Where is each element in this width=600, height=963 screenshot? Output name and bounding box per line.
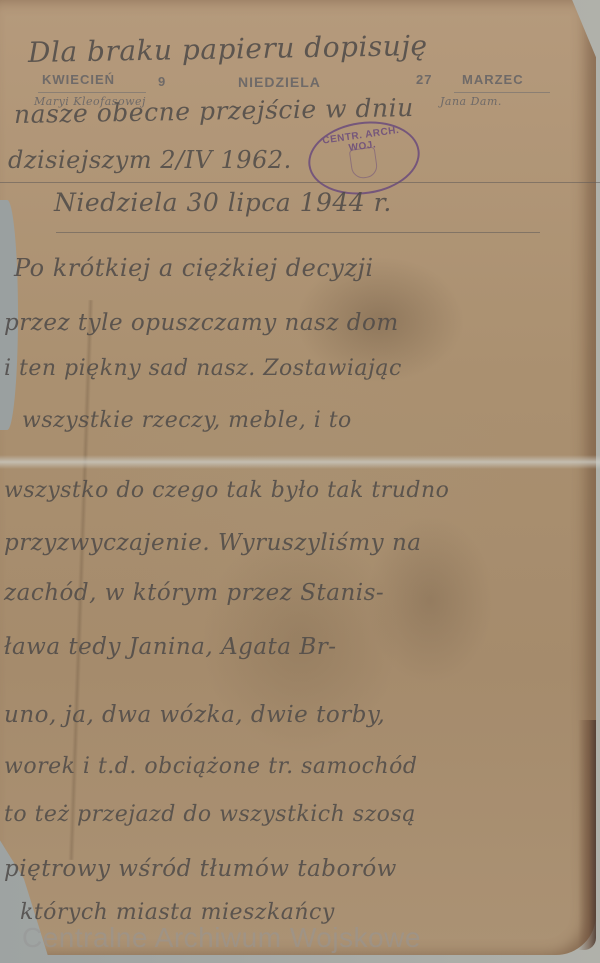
worn-edge-right — [578, 720, 596, 950]
handwritten-line: wszystko do czego tak było tak trudno — [4, 478, 449, 503]
calendar-month-right: MARZEC — [462, 72, 524, 87]
calendar-rule-left — [38, 92, 146, 93]
calendar-day-right: 27 — [416, 72, 432, 87]
handwritten-line: Po krótkiej a ciężkiej decyzji — [14, 254, 374, 282]
handwritten-line: ława tedy Janina, Agata Br- — [4, 634, 337, 660]
handwritten-line: dzisiejszym 2/IV 1962. — [8, 146, 292, 174]
pencil-separator — [0, 182, 600, 183]
archive-watermark: Centralne Archiwum Wojskowe — [22, 922, 421, 954]
fold-crease-horizontal — [0, 455, 600, 469]
calendar-month-left: KWIECIEŃ — [42, 72, 115, 87]
handwritten-line: i ten piękny sad nasz. Zostawiając — [4, 356, 402, 381]
handwritten-line: przyzwyczajenie. Wyruszyliśmy na — [4, 530, 422, 556]
handwritten-line: zachód, w którym przez Stanis- — [4, 580, 384, 606]
calendar-day-left: 9 — [158, 74, 166, 89]
handwritten-line: przez tyle opuszczamy nasz dom — [4, 310, 399, 336]
calendar-rule-right — [454, 92, 550, 93]
calendar-saint-right: Jana Dam. — [440, 95, 502, 108]
calendar-weekday: NIEDZIELA — [238, 74, 321, 90]
handwritten-line: piętrowy wśród tłumów taborów — [4, 856, 397, 882]
handwritten-line: worek i t.d. obciążone tr. samochód — [4, 754, 417, 779]
handwritten-line: Niedziela 30 lipca 1944 r. — [54, 188, 392, 217]
handwritten-line: to też przejazd do wszystkich szosą — [4, 802, 416, 827]
handwritten-line: wszystkie rzeczy, meble, i to — [22, 408, 352, 433]
eagle-emblem-icon — [349, 146, 379, 179]
handwritten-line: uno, ja, dwa wózka, dwie torby, — [4, 702, 385, 728]
handwritten-line: Dla braku papieru dopisuję — [28, 29, 428, 69]
heading-underline — [56, 232, 540, 233]
